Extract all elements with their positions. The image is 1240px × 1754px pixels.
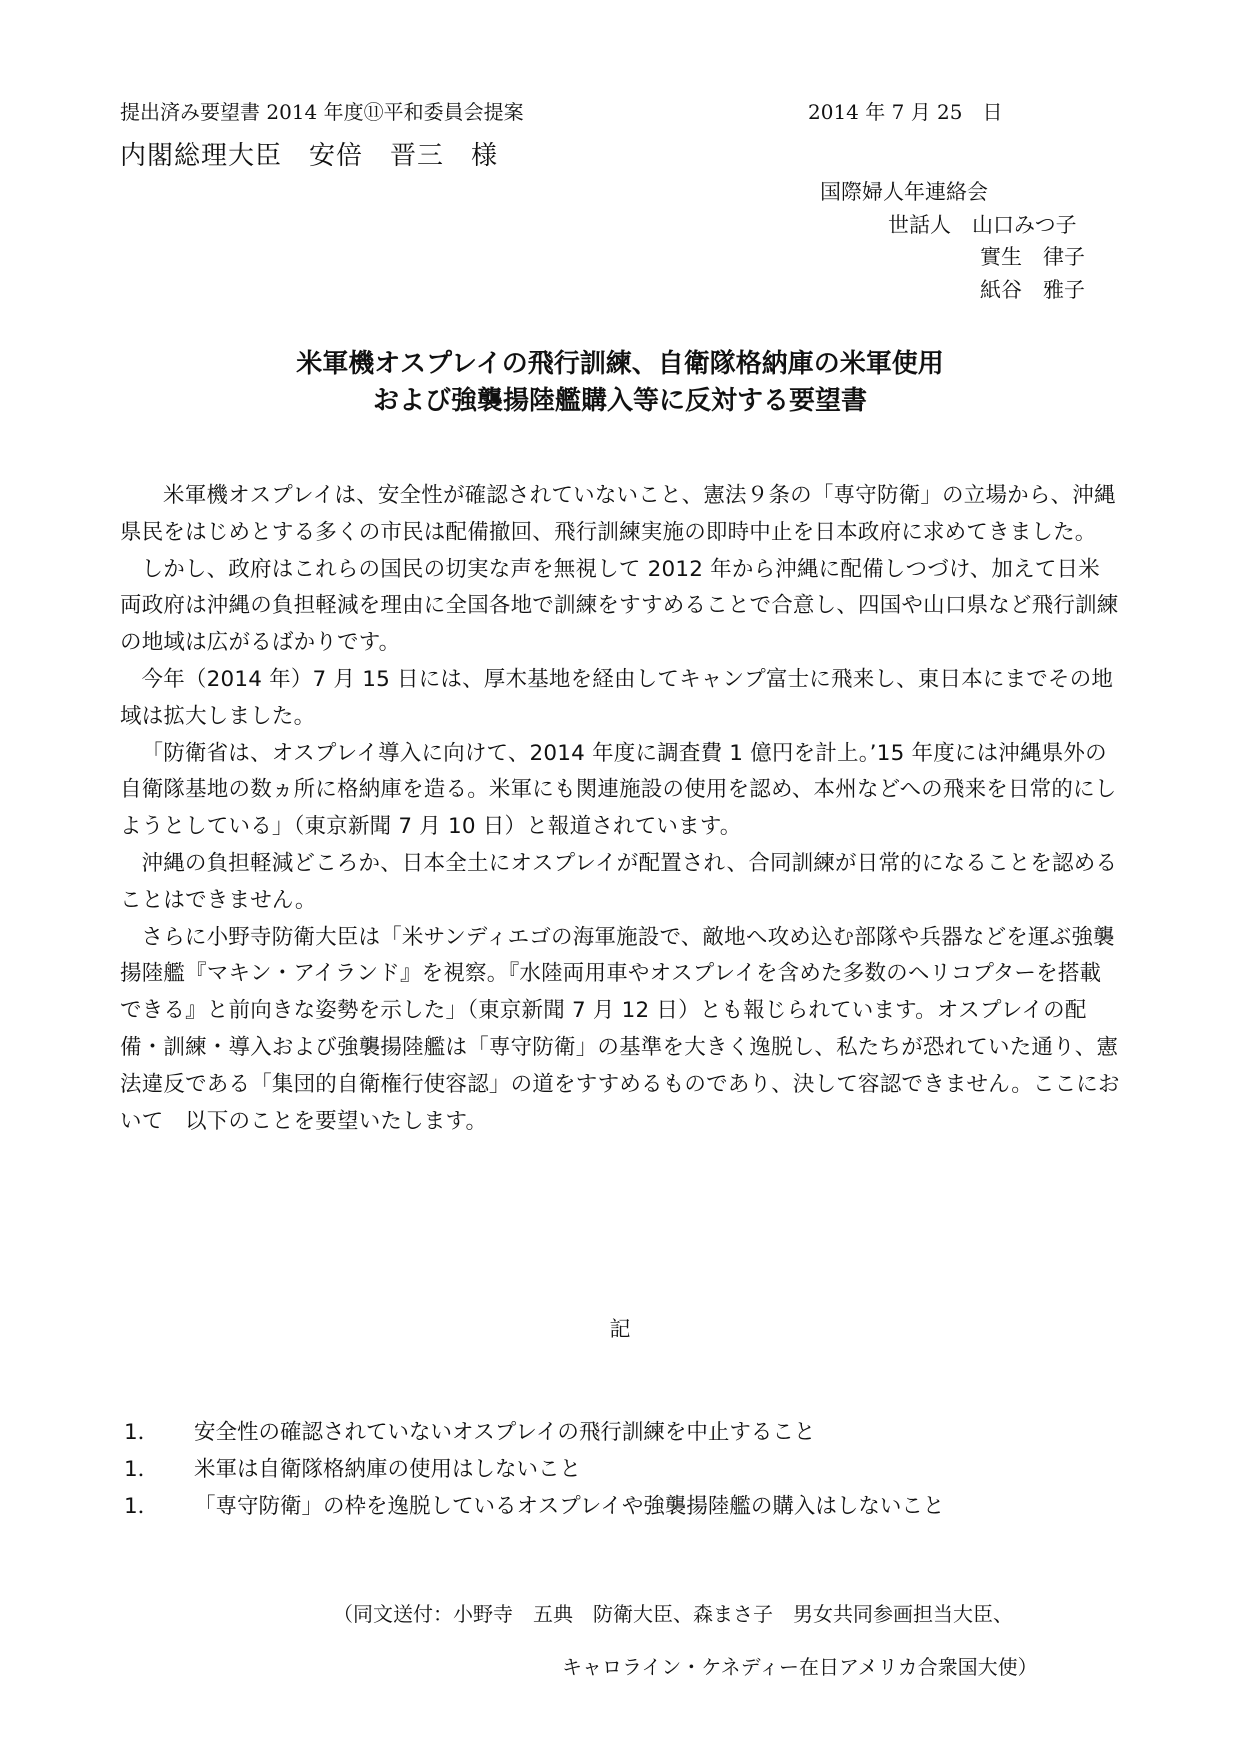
document-title-line-1: 米軍機オスプレイの飛行訓練、自衛隊格納庫の米軍使用: [0, 343, 1240, 380]
demands-list: 1． 安全性の確認されていないオスプレイの飛行訓練を中止すること 1． 米軍は自…: [124, 1414, 944, 1525]
document-reference: 提出済み要望書 2014 年度⑪平和委員会提案: [120, 96, 524, 125]
demand-item: 1． 米軍は自衛隊格納庫の使用はしないこと: [124, 1451, 944, 1488]
cc-line-2: キャロライン・ケネディー在日アメリカ合衆国大使）: [562, 1651, 1038, 1680]
sender-line: 實生 律子: [980, 241, 1085, 271]
demand-text: 「専守防衛」の枠を逸脱しているオスプレイや強襲揚陸艦の購入はしないこと: [194, 1488, 944, 1525]
body-paragraph: 米軍機オスプレイは、安全性が確認されていないこと、憲法９条の「専守防衛」の立場か…: [120, 478, 1120, 552]
body-paragraph: 沖縄の負担軽減どころか、日本全土にオスプレイが配置され、合同訓練が日常的になるこ…: [120, 846, 1120, 920]
body-paragraph: 今年（2014 年）7 月 15 日には、厚木基地を経由してキャンプ富士に飛来し…: [120, 662, 1120, 736]
demand-text: 安全性の確認されていないオスプレイの飛行訓練を中止すること: [194, 1414, 815, 1451]
sender-organization: 国際婦人年連絡会: [820, 176, 988, 206]
sender-line: 紙谷 雅子: [980, 274, 1085, 304]
body-text: 米軍機オスプレイは、安全性が確認されていないこと、憲法９条の「専守防衛」の立場か…: [120, 478, 1120, 1140]
demand-number: 1．: [124, 1414, 194, 1451]
document-date: 2014 年 7 月 25 日: [808, 96, 1003, 125]
ki-heading: 記: [0, 1313, 1240, 1343]
addressee: 内閣総理大臣 安倍 晋三 様: [120, 135, 498, 172]
body-paragraph: さらに小野寺防衛大臣は「米サンディエゴの海軍施設で、敵地へ攻め込む部隊や兵器など…: [120, 920, 1120, 1141]
sender-line: 世話人 山口みつ子: [888, 209, 1077, 239]
demand-item: 1． 安全性の確認されていないオスプレイの飛行訓練を中止すること: [124, 1414, 944, 1451]
body-paragraph: しかし、政府はこれらの国民の切実な声を無視して 2012 年から沖縄に配備しつづ…: [120, 552, 1120, 662]
body-paragraph: 「防衛省は、オスプレイ導入に向けて、2014 年度に調査費 1 億円を計上。’1…: [120, 736, 1120, 846]
demand-item: 1． 「専守防衛」の枠を逸脱しているオスプレイや強襲揚陸艦の購入はしないこと: [124, 1488, 944, 1525]
demand-number: 1．: [124, 1488, 194, 1525]
demand-number: 1．: [124, 1451, 194, 1488]
demand-text: 米軍は自衛隊格納庫の使用はしないこと: [194, 1451, 581, 1488]
document-title-line-2: および強襲揚陸艦購入等に反対する要望書: [0, 380, 1240, 417]
cc-line-1: （同文送付：小野寺 五典 防衛大臣、森まさ子 男女共同参画担当大臣、: [333, 1598, 1013, 1627]
